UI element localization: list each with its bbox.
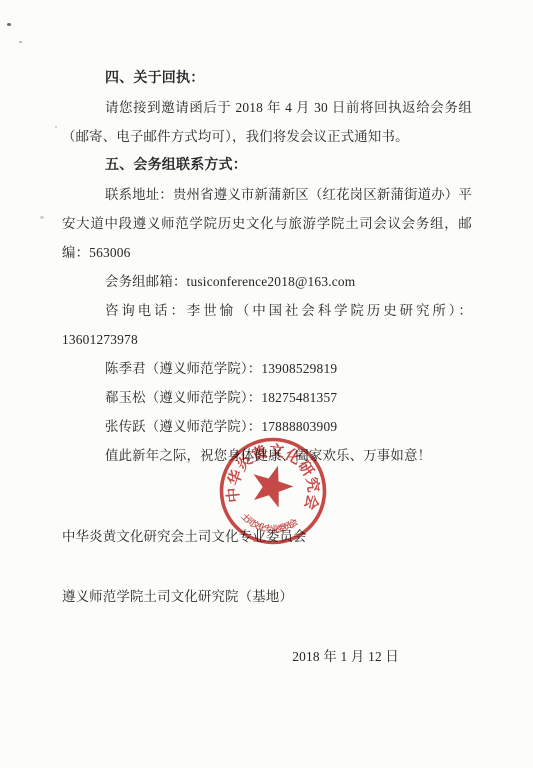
contact-phone-line: 陈季君（遵义师范学院）：13908529819 bbox=[62, 354, 472, 383]
scan-speck bbox=[55, 126, 57, 128]
scanned-letter-page: 四、关于回执： 请您接到邀请函后于 2018 年 4 月 30 日前将回执返给会… bbox=[0, 0, 533, 768]
scan-speck bbox=[7, 23, 11, 26]
contact-email: 会务组邮箱：tusiconference2018@163.com bbox=[62, 267, 472, 296]
letter-date: 2018 年 1 月 12 日 bbox=[62, 642, 472, 671]
section4-paragraph: 请您接到邀请函后于 2018 年 4 月 30 日前将回执返给会务组（邮寄、电子… bbox=[62, 93, 472, 151]
contact-phone-line: 咨询电话：李世愉（中国社会科学院历史研究所）：13601273978 bbox=[62, 296, 472, 354]
section5-heading: 五、会务组联系方式： bbox=[62, 151, 472, 180]
contact-address: 联系地址：贵州省遵义市新蒲新区（红花岗区新蒲街道办）平安大道中段遵义师范学院历史… bbox=[62, 180, 472, 267]
scan-speck bbox=[40, 216, 44, 219]
new-year-greeting: 值此新年之际，祝您身体健康、阖家欢乐、万事如意！ bbox=[62, 441, 472, 470]
contact-phone-line: 张传跃（遵义师范学院）：17888803909 bbox=[62, 412, 472, 441]
section4-heading: 四、关于回执： bbox=[62, 64, 472, 93]
scan-speck bbox=[19, 41, 22, 43]
letter-body: 四、关于回执： 请您接到邀请函后于 2018 年 4 月 30 日前将回执返给会… bbox=[62, 64, 472, 671]
signature-org-2: 遵义师范学院土司文化研究院（基地） bbox=[62, 582, 472, 611]
signature-block: 中华炎黄文化研究会土司文化专业委员会 遵义师范学院土司文化研究院（基地） 201… bbox=[62, 522, 472, 671]
signature-org-1: 中华炎黄文化研究会土司文化专业委员会 bbox=[62, 522, 472, 551]
contact-phone-line: 郗玉松（遵义师范学院）：18275481357 bbox=[62, 383, 472, 412]
